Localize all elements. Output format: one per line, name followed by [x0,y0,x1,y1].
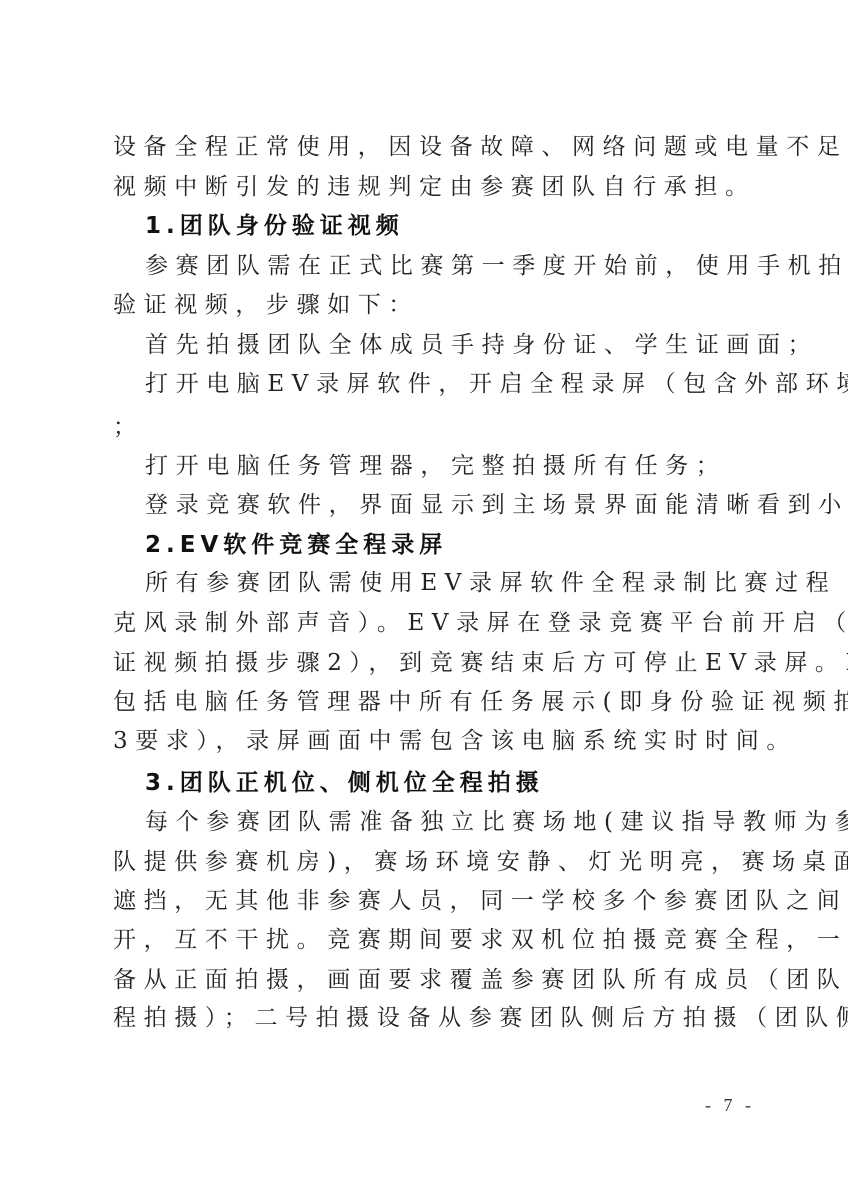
body-line: 队提供参赛机房)，赛场环境安静、灯光明亮，赛场桌面整洁无 [113,846,753,878]
step-line: 打开电脑EV录屏软件，开启全程录屏（包含外部环境声音） [145,368,785,400]
step-line: 首先拍摄团队全体成员手持身份证、学生证画面； [145,329,785,361]
body-line: 视频中断引发的违规判定由参赛团队自行承担。 [113,171,753,203]
body-line: 验证视频，步骤如下： [113,289,753,321]
body-line: 设备全程正常使用，因设备故障、网络问题或电量不足导致监控 [113,131,753,163]
page-number: - 7 - [700,1093,760,1117]
step-line: 登录竞赛软件，界面显示到主场景界面能清晰看到小组号。 [145,489,785,521]
paragraph-first-line: 参赛团队需在正式比赛第一季度开始前，使用手机拍摄身份 [145,250,785,282]
body-line: 遮挡，无其他非参赛人员，同一学校多个参赛团队之间需要间隔 [113,885,753,917]
body-line: 程拍摄）；二号拍摄设备从参赛团队侧后方拍摄（团队侧机位全 [113,1002,753,1034]
paragraph-first-line: 每个参赛团队需准备独立比赛场地(建议指导教师为参赛团 [145,806,785,838]
body-line: 包括电脑任务管理器中所有任务展示(即身份验证视频拍摄步骤 [113,686,753,718]
body-line: 3要求），录屏画面中需包含该电脑系统实时时间。 [113,725,753,757]
section-heading-camera-positions: 3.团队正机位、侧机位全程拍摄 [145,767,785,799]
step-line: 打开电脑任务管理器，完整拍摄所有任务； [145,450,785,482]
section-heading-identity-video: 1.团队身份验证视频 [145,210,785,242]
body-line: 备从正面拍摄，画面要求覆盖参赛团队所有成员（团队正机位全 [113,964,753,996]
paragraph-first-line: 所有参赛团队需使用EV录屏软件全程录制比赛过程（包括麦 [145,567,785,599]
body-line: 开，互不干扰。竞赛期间要求双机位拍摄竞赛全程，一号拍摄设 [113,924,753,956]
body-line: ； [113,411,753,443]
body-line: 克风录制外部声音）。EV录屏在登录竞赛平台前开启（即身份验 [113,607,753,639]
document-page: 设备全程正常使用，因设备故障、网络问题或电量不足导致监控 视频中断引发的违规判定… [0,0,848,1200]
body-line: 证视频拍摄步骤2），到竞赛结束后方可停止EV录屏。EV录屏需 [113,647,753,679]
section-heading-ev-recording: 2.EV软件竞赛全程录屏 [145,529,785,561]
